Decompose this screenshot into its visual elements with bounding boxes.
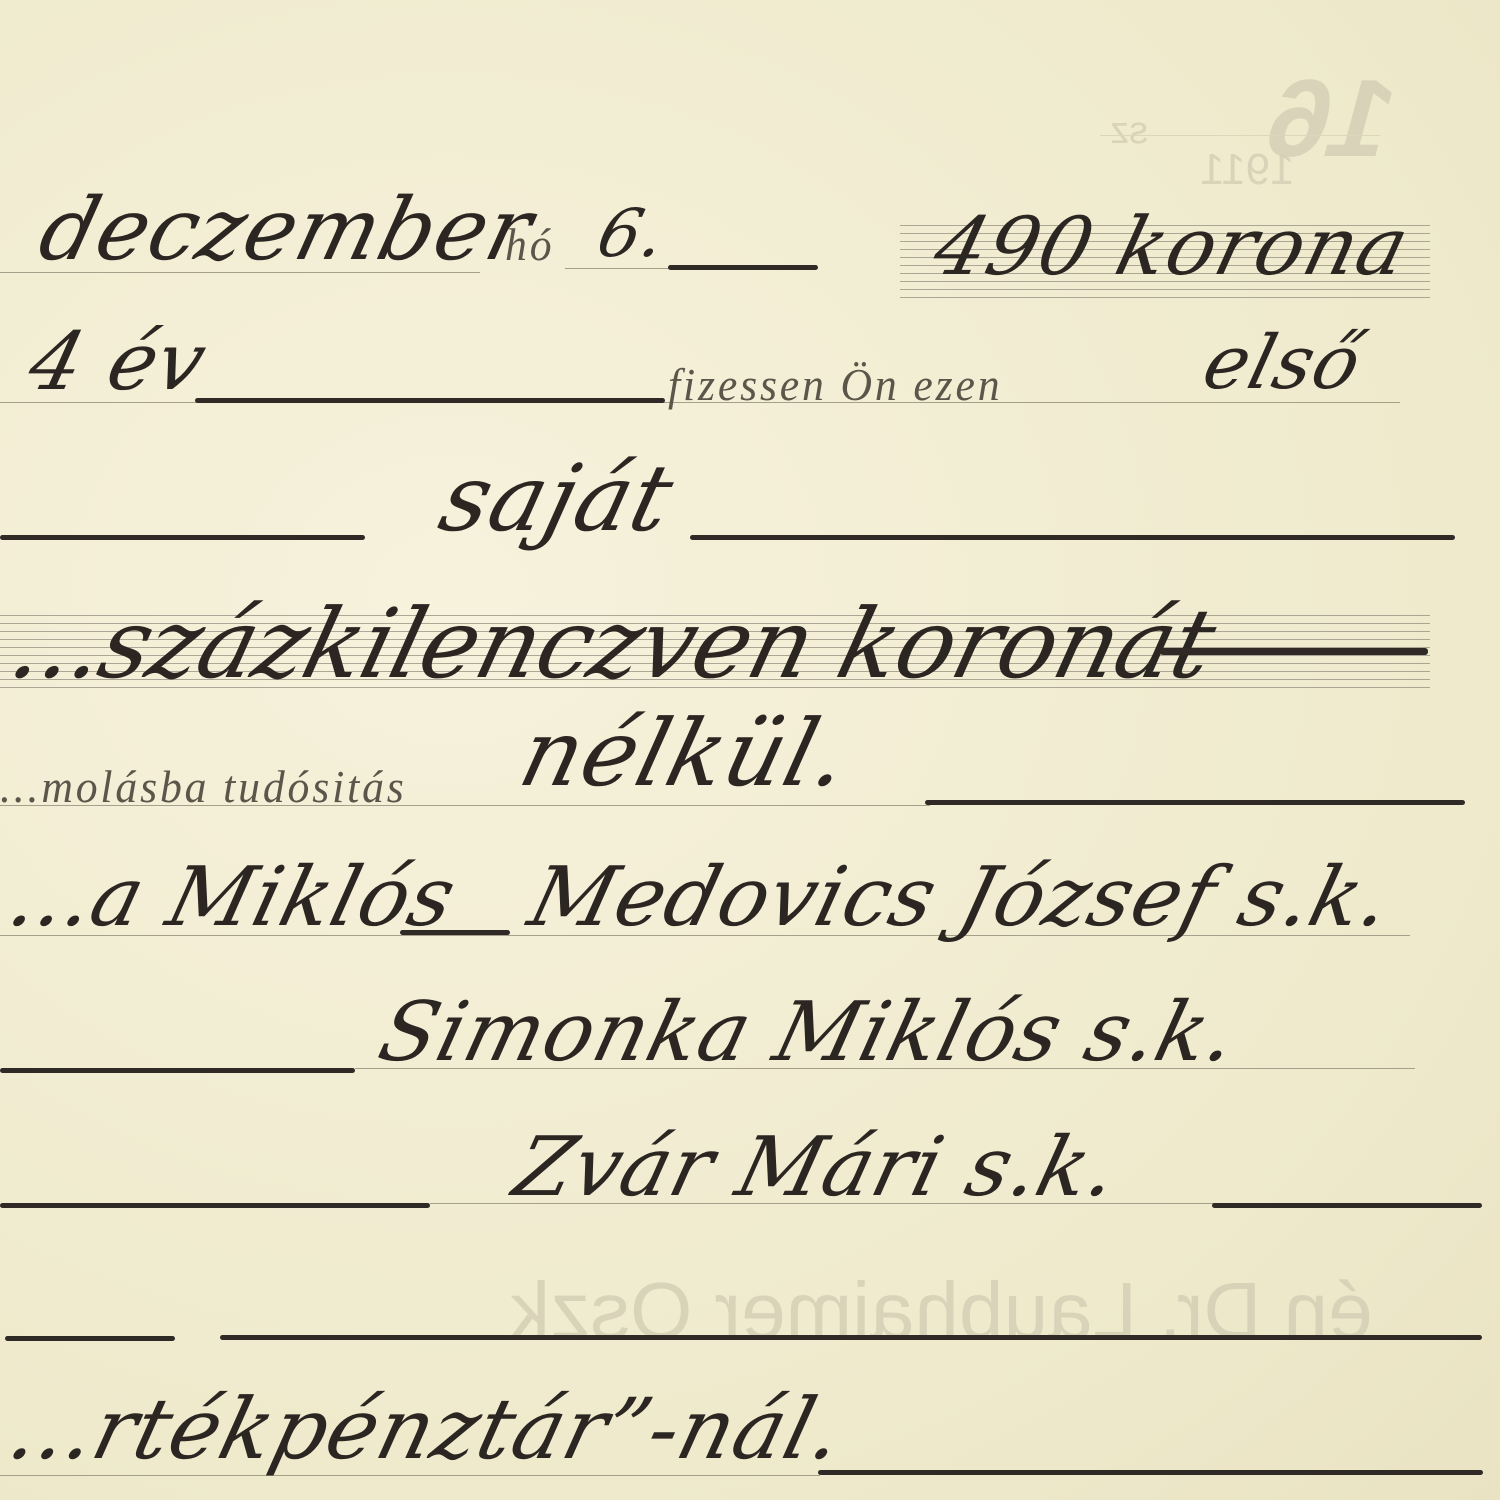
printed-fizessen: fizessen Ön ezen	[668, 358, 1002, 411]
last-line-handwritten: ...rtékpénztár”-nál.	[0, 1380, 854, 1478]
ghost-sz: sz	[1110, 110, 1148, 153]
filler-rule	[668, 265, 818, 270]
filler-rule	[0, 535, 365, 540]
term-handwritten: 4 év	[20, 315, 216, 408]
signature-3: Simonka Miklós s.k.	[370, 985, 1247, 1080]
filler-rule	[1212, 1203, 1482, 1208]
filler-rule	[690, 535, 1455, 540]
ghost-bottom-text: én Dr. Laubhaimer Oszk	[510, 1265, 1373, 1357]
signature-4: Zvár Mári s.k.	[505, 1120, 1128, 1215]
ghost-year: 1911	[1200, 145, 1295, 195]
filler-rule	[400, 930, 510, 935]
ordinal-handwritten: első	[1195, 320, 1370, 406]
saját-handwritten: saját	[430, 445, 684, 552]
nelkul-handwritten: nélkül.	[510, 700, 860, 807]
amount-words-handwritten: ...százkilenczven koronát	[0, 588, 1225, 700]
month-handwritten: deczember	[30, 180, 543, 280]
filler-rule	[925, 800, 1465, 805]
filler-rule	[195, 398, 665, 403]
filler-rule	[5, 1336, 175, 1341]
filler-rule	[1160, 648, 1428, 655]
printed-tudositas: ...molásba tudósitás	[0, 760, 407, 813]
amount-handwritten: 490 korona	[925, 200, 1419, 293]
filler-rule	[0, 1203, 430, 1208]
signature-1: ...a Miklós	[0, 850, 465, 945]
ghost-rule	[1100, 135, 1380, 136]
filler-rule	[220, 1335, 1482, 1340]
bill-of-exchange-page: 16 sz 1911 én Dr. Laubhaimer Oszk deczem…	[0, 0, 1500, 1500]
filler-rule	[0, 1068, 355, 1073]
signature-2: Medovics József s.k.	[520, 850, 1401, 945]
filler-rule	[818, 1470, 1483, 1475]
printed-ho: hó	[505, 218, 554, 271]
day-handwritten: 6.	[590, 195, 674, 272]
